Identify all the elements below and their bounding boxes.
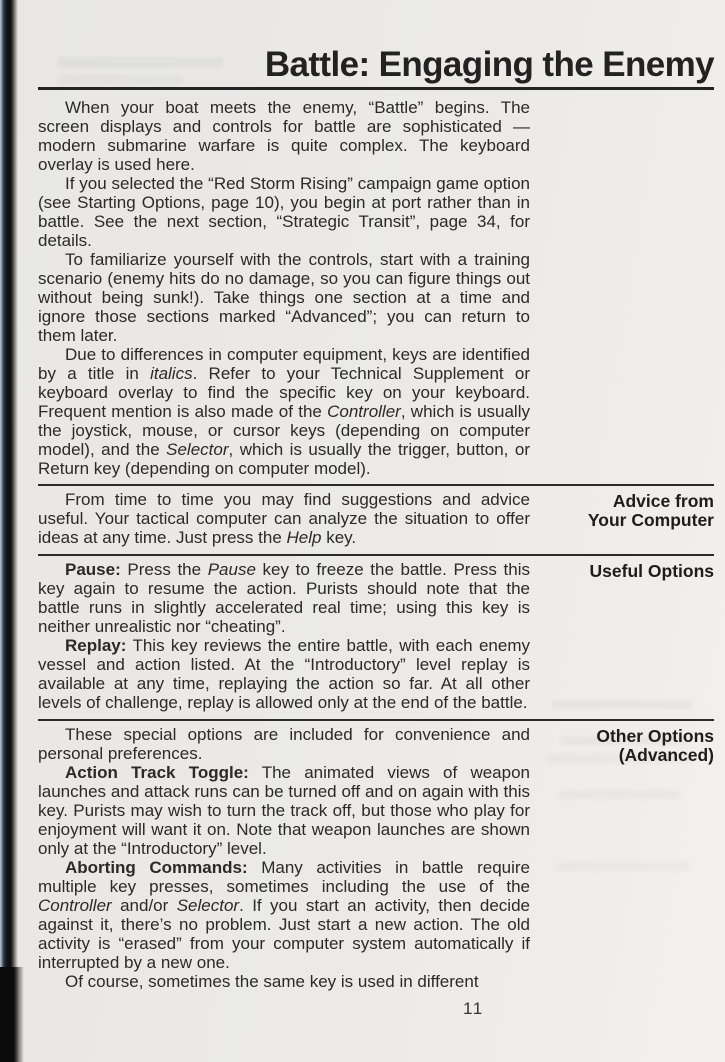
section-intro-heading (544, 98, 714, 478)
text-run: italics (150, 364, 193, 383)
text-run: Aborting Commands: (65, 858, 248, 877)
body-paragraph: Action Track Toggle: The animated views … (38, 763, 530, 858)
text-run: Action Track Toggle: (65, 763, 249, 782)
section-advice-from-your-computer: From time to time you may find suggestio… (38, 486, 714, 554)
text-run: If you selected the “Red Storm Rising” c… (38, 174, 530, 250)
section-heading-line: Your Computer (544, 511, 714, 530)
text-run: Selector (166, 440, 228, 459)
section-other-options-body: These special options are included for c… (38, 725, 530, 991)
text-run: To familiarize yourself with the control… (38, 250, 530, 345)
page-content: Battle: Engaging the Enemy When your boa… (38, 0, 714, 998)
body-paragraph: From time to time you may find suggestio… (38, 490, 530, 547)
book-spine-shadow (0, 0, 18, 1062)
body-paragraph: When your boat meets the enemy, “Battle”… (38, 98, 530, 174)
body-paragraph: Due to differences in computer equipment… (38, 345, 530, 478)
body-paragraph: These special options are included for c… (38, 725, 530, 763)
text-run: key. (321, 528, 356, 547)
body-paragraph: If you selected the “Red Storm Rising” c… (38, 174, 530, 250)
page-title: Battle: Engaging the Enemy (38, 45, 714, 85)
text-run: Press the (121, 560, 208, 579)
section-advice-body: From time to time you may find suggestio… (38, 490, 530, 547)
section-useful-options-body: Pause: Press the Pause key to freeze the… (38, 560, 530, 712)
text-run: Controller (327, 402, 401, 421)
text-run: Pause: (65, 560, 121, 579)
text-run: Controller (38, 896, 112, 915)
body-paragraph: Aborting Commands: Many activities in ba… (38, 858, 530, 972)
text-run: Selector (177, 896, 239, 915)
section-heading-line: Advice from (544, 492, 714, 511)
section-intro: When your boat meets the enemy, “Battle”… (38, 90, 714, 484)
section-useful-options-heading: Useful Options (544, 560, 714, 712)
section-heading-line: Other Options (544, 727, 714, 746)
body-paragraph: Of course, sometimes the same key is use… (38, 972, 530, 991)
text-run: Pause (208, 560, 256, 579)
section-useful-options: Pause: Press the Pause key to freeze the… (38, 556, 714, 719)
text-run: Help (287, 528, 322, 547)
section-intro-body: When your boat meets the enemy, “Battle”… (38, 98, 530, 478)
book-spine-shadow-foot (0, 967, 24, 1062)
masthead: Battle: Engaging the Enemy (38, 0, 714, 90)
text-run: and/or (112, 896, 177, 915)
body-paragraph: To familiarize yourself with the control… (38, 250, 530, 345)
body-paragraph: Pause: Press the Pause key to freeze the… (38, 560, 530, 636)
section-heading-line: Useful Options (544, 562, 714, 581)
page-number: 11 (463, 999, 484, 1019)
text-run: From time to time you may find suggestio… (38, 490, 530, 547)
section-advice-heading: Advice from Your Computer (544, 490, 714, 547)
text-run: These special options are included for c… (38, 725, 530, 763)
section-other-options-advanced: These special options are included for c… (38, 721, 714, 998)
section-other-options-heading: Other Options (Advanced) (544, 725, 714, 991)
section-heading-line: (Advanced) (544, 746, 714, 765)
text-run: When your boat meets the enemy, “Battle”… (38, 98, 530, 174)
text-run: Replay: (65, 636, 126, 655)
scanned-manual-page: { "page": { "title": "Battle: Engaging t… (0, 0, 725, 1062)
body-paragraph: Replay: This key reviews the entire batt… (38, 636, 530, 712)
text-run: Of course, sometimes the same key is use… (65, 972, 479, 991)
